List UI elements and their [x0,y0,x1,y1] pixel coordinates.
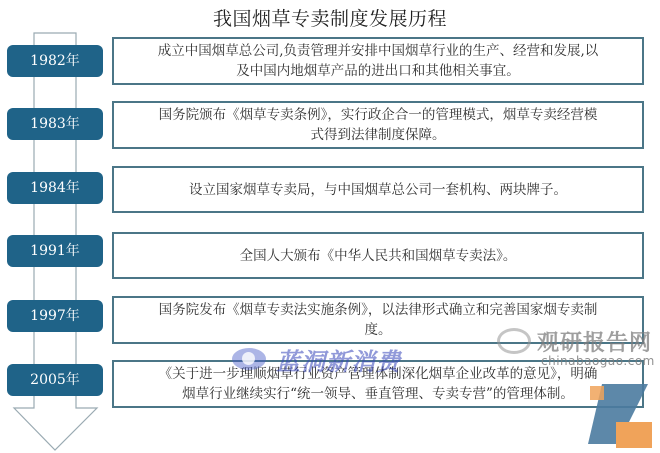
event-box-1984: 设立国家烟草专卖局，与中国烟草总公司一套机构、两块牌子。 [112,166,644,213]
year-pill-1983: 1983年 [7,108,103,140]
event-text-line: 设立国家烟草专卖局，与中国烟草总公司一套机构、两块牌子。 [189,180,567,200]
event-text-line: 全国人大颁布《中华人民共和国烟草专卖法》。 [240,246,517,266]
event-text-line: 烟草行业继续实行“统一领导、垂直管理、专卖专营”的管理体制。 [159,384,598,404]
year-pill-1997: 1997年 [7,300,103,332]
year-pill-1982: 1982年 [7,45,103,77]
event-text-line: 度。 [159,320,598,340]
event-box-1997: 国务院发布《烟草专卖法实施条例》，以法律形式确立和完善国家烟专卖制 度。 [112,296,644,344]
event-text-line: 成立中国烟草总公司,负责管理并安排中国烟草行业的生产、经营和发展,以 [158,41,599,61]
corner-brand-logo-icon [588,384,660,453]
event-text-line: 国务院颁布《烟草专卖条例》，实行政企合一的管理模式，烟草专卖经营模 [159,105,598,125]
event-text-line: 及中国内地烟草产品的进出口和其他相关事宜。 [158,61,599,81]
event-box-1983: 国务院颁布《烟草专卖条例》，实行政企合一的管理模式，烟草专卖经营模 式得到法律制… [112,101,644,149]
year-pill-1991: 1991年 [7,235,103,267]
event-text-line: 国务院发布《烟草专卖法实施条例》，以法律形式确立和完善国家烟专卖制 [159,300,598,320]
event-text-line: 式得到法律制度保障。 [159,125,598,145]
year-pill-2005: 2005年 [7,364,103,396]
event-box-2005: 《关于进一步理顺烟草行业资产管理体制深化烟草企业改革的意见》，明确 烟草行业继续… [112,360,644,408]
year-pill-1984: 1984年 [7,172,103,204]
event-box-1991: 全国人大颁布《中华人民共和国烟草专卖法》。 [112,232,644,279]
event-box-1982: 成立中国烟草总公司,负责管理并安排中国烟草行业的生产、经营和发展,以 及中国内地… [112,37,644,85]
event-text-line: 《关于进一步理顺烟草行业资产管理体制深化烟草企业改革的意见》，明确 [159,364,598,384]
